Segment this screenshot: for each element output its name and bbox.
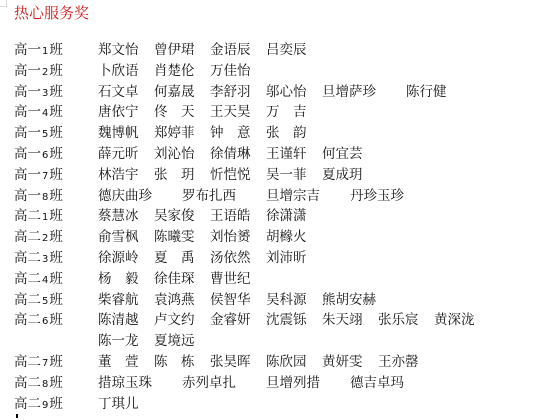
class-row: 高一7班林浩宇张 玥忻恺悦吴一菲夏成玥	[0, 165, 541, 186]
student-name: 夏 禹	[154, 248, 195, 269]
class-label	[14, 331, 16, 354]
class-suffix: 班	[49, 250, 63, 266]
student-name: 沈震铄	[266, 310, 307, 331]
student-name: 金睿妍	[210, 310, 251, 331]
student-name: 丹珍玉珍	[350, 186, 404, 207]
award-title: 热心服务奖	[14, 2, 89, 23]
class-suffix: 班	[49, 146, 63, 162]
student-name: 张昊晖	[210, 352, 251, 373]
student-name: 熊胡安赫	[322, 290, 376, 311]
student-name: 张 玥	[154, 165, 195, 186]
student-name: 王亦罄	[378, 352, 419, 373]
student-name: 唐依宁	[98, 102, 139, 123]
class-row: 高二3班徐源岭夏 禹汤依然刘沛昕	[0, 248, 541, 269]
grade-text: 高一	[14, 84, 41, 100]
class-suffix: 班	[49, 229, 63, 245]
student-name: 刘怡赟	[210, 227, 251, 248]
student-name: 李舒羽	[210, 82, 251, 103]
class-label: 高一7班	[14, 165, 63, 188]
student-name: 徐源岭	[98, 248, 139, 269]
student-name: 丁琪儿	[98, 394, 139, 415]
class-label: 高一8班	[14, 186, 63, 209]
student-name: 卢文约	[154, 310, 195, 331]
student-name: 俞雪枫	[98, 227, 139, 248]
student-name: 刘沁怡	[154, 144, 195, 165]
class-suffix: 班	[49, 104, 63, 120]
grade-text: 高一	[14, 63, 41, 79]
class-label: 高二1班	[14, 206, 63, 229]
student-name: 吴家俊	[154, 206, 195, 227]
student-name: 陈欣园	[266, 352, 307, 373]
student-name: 郑文怡	[98, 40, 139, 61]
student-name: 汤依然	[210, 248, 251, 269]
student-name: 旦增列措	[266, 373, 320, 394]
grade-text: 高二	[14, 292, 41, 308]
student-name: 钟 意	[210, 123, 251, 144]
student-name: 曹世纪	[210, 269, 251, 290]
student-name: 赤列卓扎	[182, 373, 236, 394]
student-name: 德吉卓玛	[350, 373, 404, 394]
class-suffix: 班	[49, 396, 63, 412]
grade-text: 高一	[14, 42, 41, 58]
class-row: 陈一龙夏境远	[0, 331, 541, 352]
class-suffix: 班	[49, 125, 63, 141]
class-row: 高二1班蔡慧冰吴家俊王语皓徐潇潇	[0, 206, 541, 227]
student-name: 旦增宗吉	[266, 186, 320, 207]
student-name: 林浩宇	[98, 165, 139, 186]
class-label: 高二3班	[14, 248, 63, 271]
class-label: 高二4班	[14, 269, 63, 292]
student-name: 夏境远	[154, 331, 195, 352]
grade-text: 高一	[14, 104, 41, 120]
grade-text: 高二	[14, 354, 41, 370]
student-name: 徐倩琳	[210, 144, 251, 165]
student-name: 吴一菲	[266, 165, 307, 186]
student-name: 吴科源	[266, 290, 307, 311]
student-name: 郑婷菲	[154, 123, 195, 144]
student-name: 陈曦雯	[154, 227, 195, 248]
text-cursor	[16, 414, 18, 418]
award-list: 高一1班郑文怡曾伊珺金语辰吕奕辰高一2班卜欣语肖楚伦万佳怡高一3班石文卓何嘉晟李…	[0, 40, 541, 414]
class-row: 高一4班唐依宁佟 天王天昊万 吉	[0, 102, 541, 123]
student-name: 金语辰	[210, 40, 251, 61]
student-name: 朱天翊	[322, 310, 363, 331]
student-name: 徐佳琛	[154, 269, 195, 290]
student-name: 措琼玉珠	[98, 373, 152, 394]
student-name: 夏成玥	[322, 165, 363, 186]
class-suffix: 班	[49, 271, 63, 287]
class-row: 高二9班丁琪儿	[0, 394, 541, 415]
class-suffix: 班	[49, 312, 63, 328]
student-name: 胡橼火	[266, 227, 307, 248]
grade-text: 高二	[14, 208, 41, 224]
student-name: 陈 栋	[154, 352, 195, 373]
student-name: 侯智华	[210, 290, 251, 311]
student-name: 蔡慧冰	[98, 206, 139, 227]
student-name: 石文卓	[98, 82, 139, 103]
grade-text: 高一	[14, 188, 41, 204]
student-name: 柴睿航	[98, 290, 139, 311]
class-row: 高二8班措琼玉珠赤列卓扎旦增列措德吉卓玛	[0, 373, 541, 394]
class-label: 高一4班	[14, 102, 63, 125]
student-name: 何嘉晟	[154, 82, 195, 103]
class-number	[14, 337, 16, 348]
class-row: 高二4班杨 毅徐佳琛曹世纪	[0, 269, 541, 290]
class-label: 高一6班	[14, 144, 63, 167]
class-suffix: 班	[49, 42, 63, 58]
student-name: 张乐宸	[378, 310, 419, 331]
class-label: 高二5班	[14, 290, 63, 313]
grade-text: 高一	[14, 146, 41, 162]
student-name: 吕奕辰	[266, 40, 307, 61]
class-row: 高一2班卜欣语肖楚伦万佳怡	[0, 61, 541, 82]
class-suffix: 班	[49, 375, 63, 391]
class-row: 高一8班德庆曲珍罗布扎西旦增宗吉丹珍玉珍	[0, 186, 541, 207]
student-name: 袁鸿燕	[154, 290, 195, 311]
student-name: 王天昊	[210, 102, 251, 123]
class-label: 高一5班	[14, 123, 63, 146]
class-label: 高二2班	[14, 227, 63, 250]
student-name: 王语皓	[210, 206, 251, 227]
student-name: 董 萱	[98, 352, 139, 373]
grade-text: 高二	[14, 250, 41, 266]
class-row: 高二7班董 萱陈 栋张昊晖陈欣园黄妍雯王亦罄	[0, 352, 541, 373]
class-label: 高二8班	[14, 373, 63, 396]
class-label: 高二9班	[14, 394, 63, 417]
grade-text: 高二	[14, 229, 41, 245]
class-row: 高二5班柴睿航袁鸿燕侯智华吴科源熊胡安赫	[0, 290, 541, 311]
window-corner	[0, 0, 7, 7]
grade-text: 高二	[14, 312, 41, 328]
student-name: 万佳怡	[210, 61, 251, 82]
student-name: 何宜芸	[322, 144, 363, 165]
student-name: 旦增萨珍	[322, 82, 376, 103]
class-suffix: 班	[49, 208, 63, 224]
student-name: 徐潇潇	[266, 206, 307, 227]
student-name: 魏博帆	[98, 123, 139, 144]
student-name: 黄妍雯	[322, 352, 363, 373]
student-name: 肖楚伦	[154, 61, 195, 82]
grade-text: 高一	[14, 167, 41, 183]
student-name: 刘沛昕	[266, 248, 307, 269]
student-name: 黄深泷	[434, 310, 475, 331]
grade-text: 高二	[14, 375, 41, 391]
class-suffix: 班	[49, 84, 63, 100]
student-name: 罗布扎西	[182, 186, 236, 207]
student-name: 陈行健	[406, 82, 447, 103]
grade-text: 高二	[14, 271, 41, 287]
class-label: 高一3班	[14, 82, 63, 105]
student-name: 杨 毅	[98, 269, 139, 290]
student-name: 曾伊珺	[154, 40, 195, 61]
class-suffix: 班	[49, 292, 63, 308]
student-name: 张 韵	[266, 123, 307, 144]
class-row: 高一6班薛元昕刘沁怡徐倩琳王谨轩何宜芸	[0, 144, 541, 165]
student-name: 万 吉	[266, 102, 307, 123]
class-suffix: 班	[49, 63, 63, 79]
class-suffix: 班	[49, 188, 63, 204]
class-row: 高一1班郑文怡曾伊珺金语辰吕奕辰	[0, 40, 541, 61]
class-row: 高一5班魏博帆郑婷菲钟 意张 韵	[0, 123, 541, 144]
student-name: 王谨轩	[266, 144, 307, 165]
class-label: 高一1班	[14, 40, 63, 63]
class-row: 高一3班石文卓何嘉晟李舒羽邬心怡旦增萨珍陈行健	[0, 82, 541, 103]
student-name: 卜欣语	[98, 61, 139, 82]
class-label: 高二7班	[14, 352, 63, 375]
student-name: 邬心怡	[266, 82, 307, 103]
class-row: 高二6班陈清越卢文约金睿妍沈震铄朱天翊张乐宸黄深泷	[0, 310, 541, 331]
grade-text: 高二	[14, 396, 41, 412]
student-name: 德庆曲珍	[98, 186, 152, 207]
student-name: 佟 天	[154, 102, 195, 123]
class-row: 高二2班俞雪枫陈曦雯刘怡赟胡橼火	[0, 227, 541, 248]
student-name: 陈清越	[98, 310, 139, 331]
student-name: 陈一龙	[98, 331, 139, 352]
class-suffix: 班	[49, 354, 63, 370]
student-name: 薛元昕	[98, 144, 139, 165]
class-label: 高二6班	[14, 310, 63, 333]
student-name: 忻恺悦	[210, 165, 251, 186]
class-label: 高一2班	[14, 61, 63, 84]
grade-text: 高一	[14, 125, 41, 141]
class-suffix: 班	[49, 167, 63, 183]
